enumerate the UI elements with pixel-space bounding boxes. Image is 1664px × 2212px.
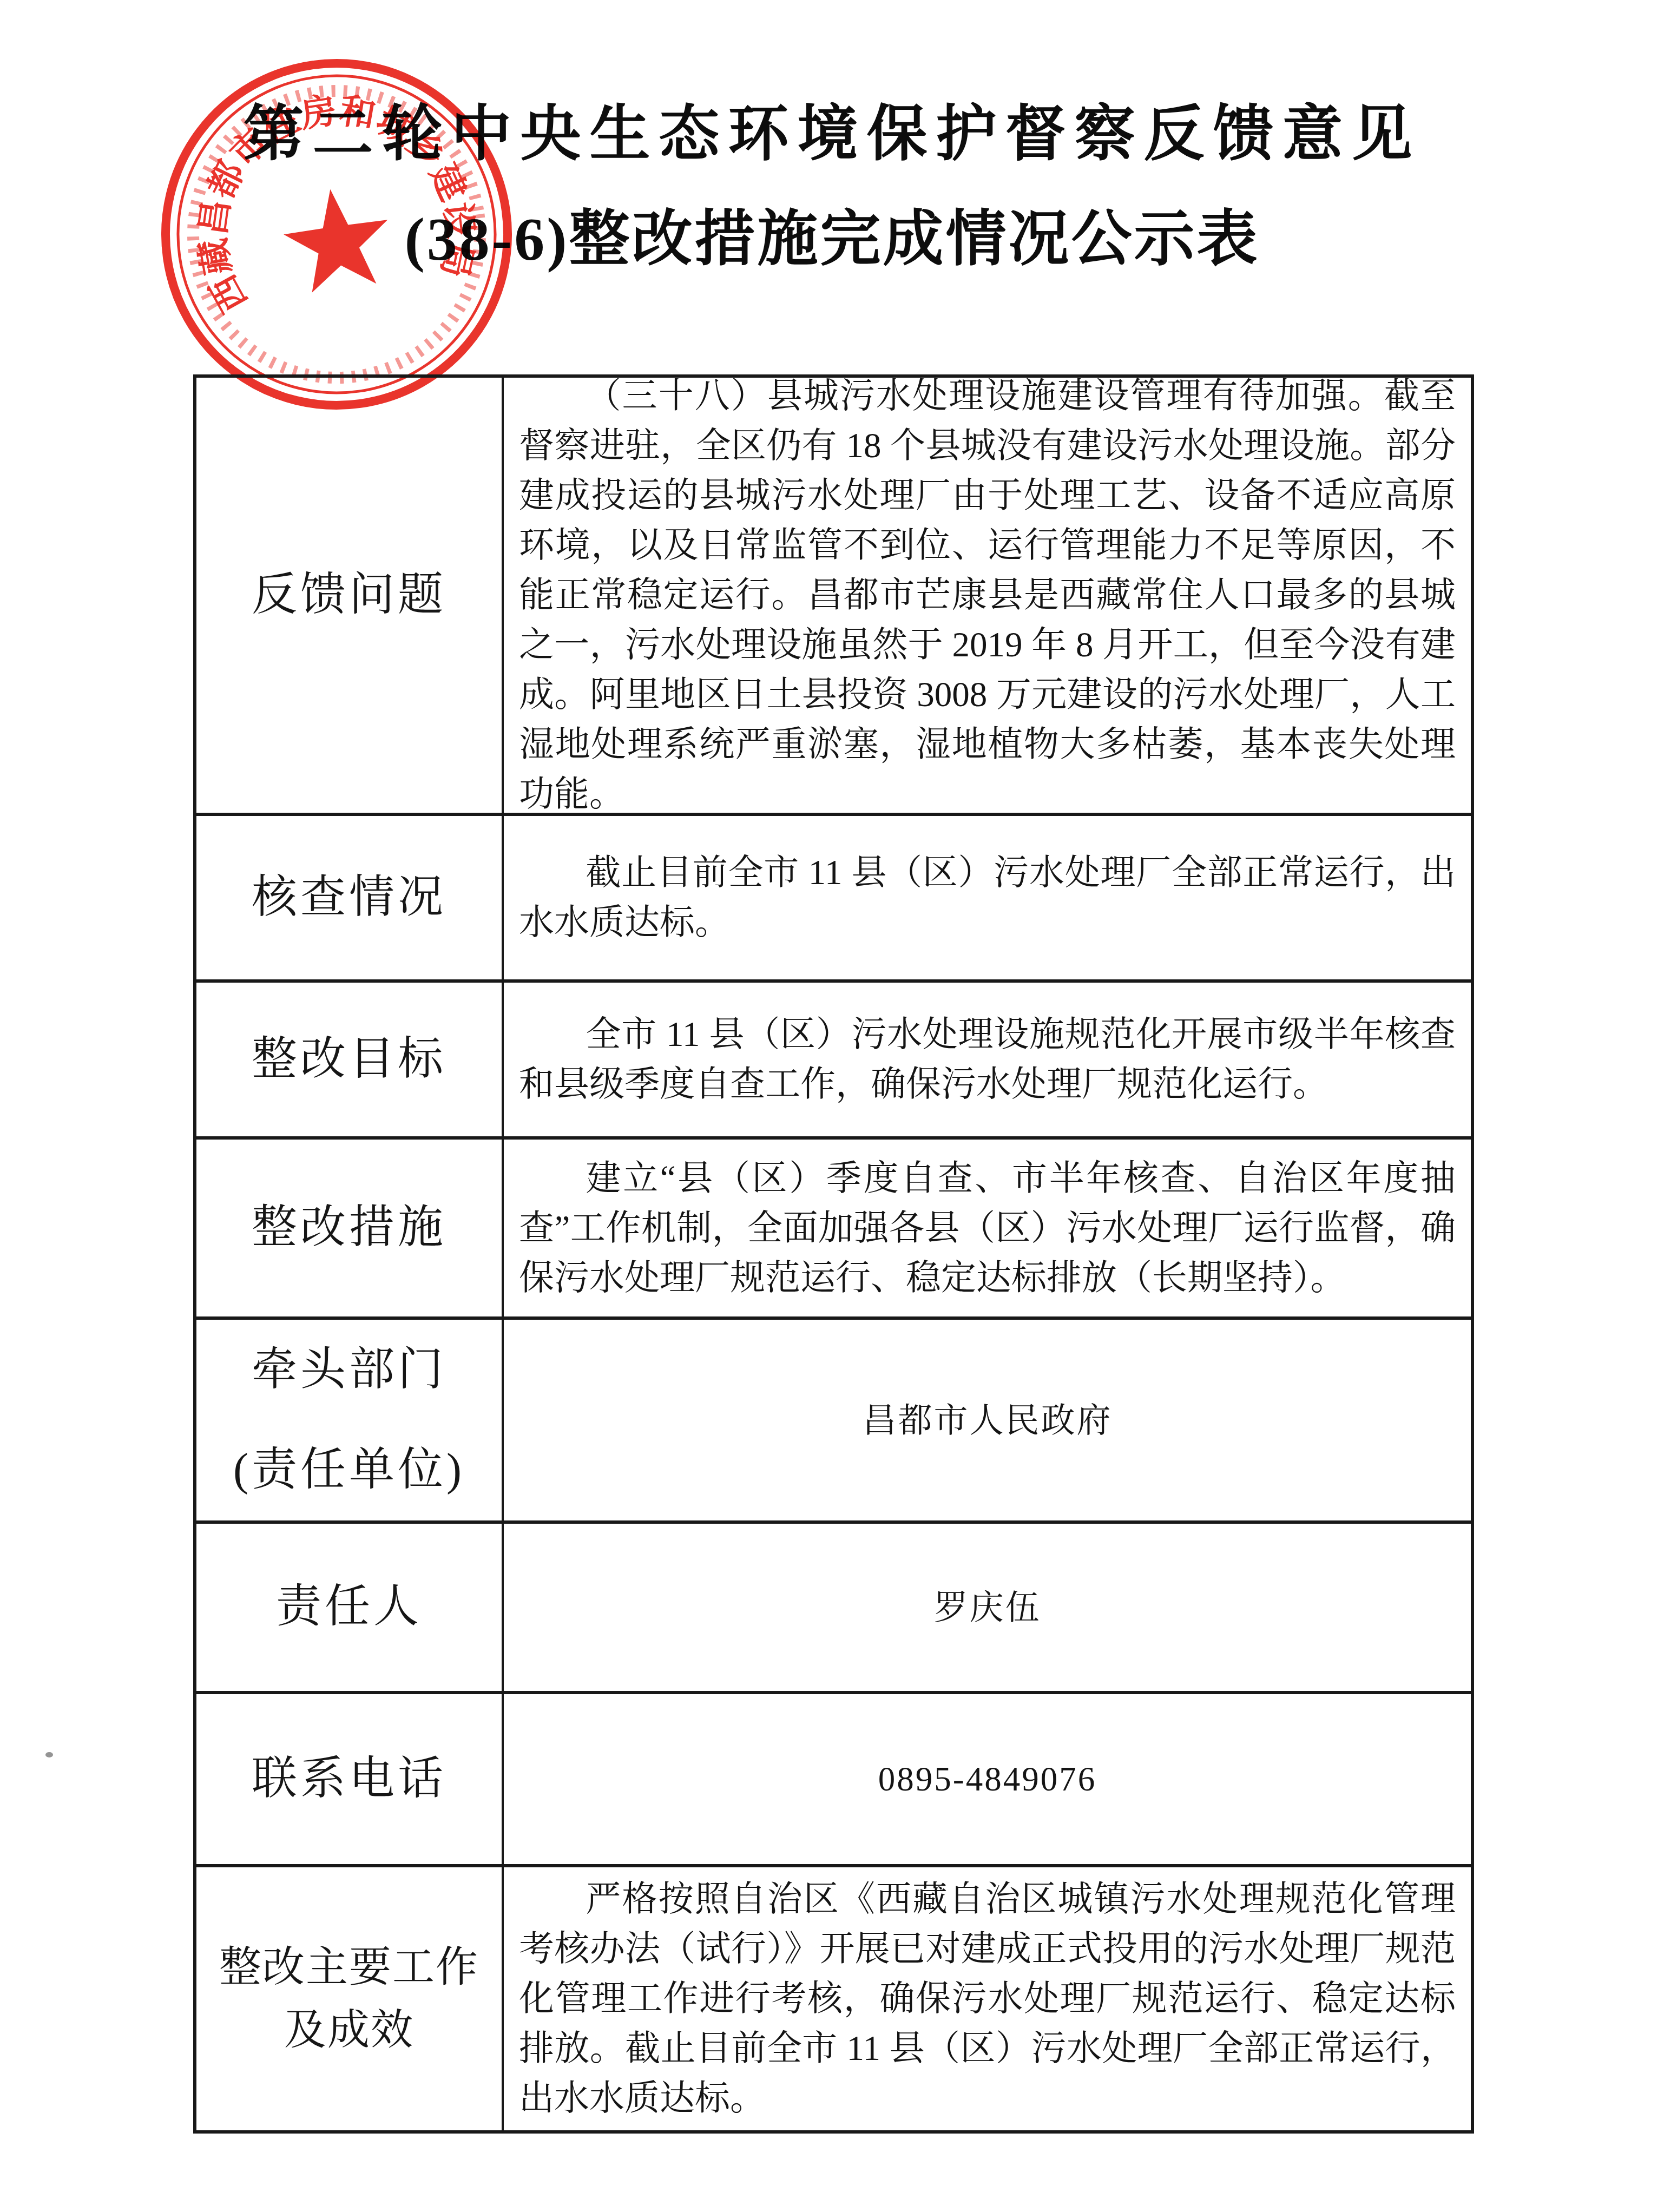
scan-speck-dot (45, 1752, 53, 1757)
table-row-rectification-goal: 整改目标 全市 11 县（区）污水处理设施规范化开展市级半年核查和县级季度自查工… (196, 979, 1471, 1136)
row-label-text: 整改主要工作 (219, 1943, 479, 1992)
table-row-contact-phone: 联系电话 0895-4849076 (196, 1691, 1471, 1864)
row-label-text: 联系电话 (252, 1753, 446, 1806)
row-content-paragraph: （三十八）县城污水处理设施建设管理有待加强。截至督察进驻，全区仍有 18 个县城… (519, 371, 1456, 819)
row-label-rectification-goal: 整改目标 (196, 983, 504, 1136)
responsible-person-value: 罗庆伍 (934, 1583, 1041, 1632)
row-content-feedback-problem: （三十八）县城污水处理设施建设管理有待加强。截至督察进驻，全区仍有 18 个县城… (504, 378, 1471, 813)
row-content-rectification-measures: 建立“县（区）季度自查、市半年核查、自治区年度抽查”工作机制，全面加强各县（区）… (504, 1140, 1471, 1316)
row-label-text: 反馈问题 (252, 569, 446, 622)
row-content-rectification-goal: 全市 11 县（区）污水处理设施规范化开展市级半年核查和县级季度自查工作，确保污… (504, 983, 1471, 1136)
row-content-paragraph: 建立“县（区）季度自查、市半年核查、自治区年度抽查”工作机制，全面加强各县（区）… (519, 1154, 1456, 1303)
row-content-main-work-results: 严格按照自治区《西藏自治区城镇污水处理规范化管理考核办法（试行）》开展已对建成正… (504, 1867, 1471, 2130)
row-label-text: 核查情况 (252, 872, 446, 924)
row-label-lead-department: 牵头部门 (责任单位) (196, 1320, 504, 1520)
row-content-verification-status: 截止目前全市 11 县（区）污水处理厂全部正常运行，出水水质达标。 (504, 816, 1471, 979)
row-label-contact-phone: 联系电话 (196, 1694, 504, 1864)
table-row-lead-department: 牵头部门 (责任单位) 昌都市人民政府 (196, 1316, 1471, 1520)
row-content-lead-department: 昌都市人民政府 (504, 1320, 1471, 1520)
table-row-verification-status: 核查情况 截止目前全市 11 县（区）污水处理厂全部正常运行，出水水质达标。 (196, 813, 1471, 979)
table-row-rectification-measures: 整改措施 建立“县（区）季度自查、市半年核查、自治区年度抽查”工作机制，全面加强… (196, 1136, 1471, 1316)
row-label-verification-status: 核查情况 (196, 816, 504, 979)
stamp-star-icon (278, 182, 396, 295)
row-label-text: 责任人 (276, 1581, 422, 1634)
table-row-responsible-person: 责任人 罗庆伍 (196, 1520, 1471, 1691)
row-label-responsible-person: 责任人 (196, 1524, 504, 1691)
row-label-feedback-problem: 反馈问题 (196, 378, 504, 813)
table-row-main-work-results: 整改主要工作 及成效 严格按照自治区《西藏自治区城镇污水处理规范化管理考核办法（… (196, 1864, 1471, 2130)
row-content-paragraph: 截止目前全市 11 县（区）污水处理厂全部正常运行，出水水质达标。 (519, 848, 1456, 947)
row-label-text: 整改措施 (252, 1202, 446, 1254)
rectification-info-table: 反馈问题 （三十八）县城污水处理设施建设管理有待加强。截至督察进驻，全区仍有 1… (193, 374, 1474, 2134)
row-content-paragraph: 严格按照自治区《西藏自治区城镇污水处理规范化管理考核办法（试行）》开展已对建成正… (519, 1874, 1456, 2123)
document-page: 第二轮中央生态环境保护督察反馈意见 (38-6)整改措施完成情况公示表 西藏昌都… (0, 0, 1664, 2212)
row-label-text: 牵头部门 (252, 1344, 446, 1397)
row-content-responsible-person: 罗庆伍 (504, 1524, 1471, 1691)
official-seal-stamp: 西藏昌都市住房和城乡建设局 (158, 56, 515, 413)
lead-department-value: 昌都市人民政府 (863, 1395, 1113, 1445)
table-row-feedback-problem: 反馈问题 （三十八）县城污水处理设施建设管理有待加强。截至督察进驻，全区仍有 1… (196, 378, 1471, 813)
contact-phone-value: 0895-4849076 (878, 1754, 1096, 1804)
row-label-rectification-measures: 整改措施 (196, 1140, 504, 1316)
row-label-text-line2: (责任单位) (233, 1444, 465, 1497)
row-label-text: 整改目标 (252, 1033, 446, 1086)
row-content-contact-phone: 0895-4849076 (504, 1694, 1471, 1864)
row-label-main-work-results: 整改主要工作 及成效 (196, 1867, 504, 2130)
row-content-paragraph: 全市 11 县（区）污水处理设施规范化开展市级半年核查和县级季度自查工作，确保污… (519, 1010, 1456, 1109)
row-label-text-line2: 及成效 (284, 2006, 414, 2055)
